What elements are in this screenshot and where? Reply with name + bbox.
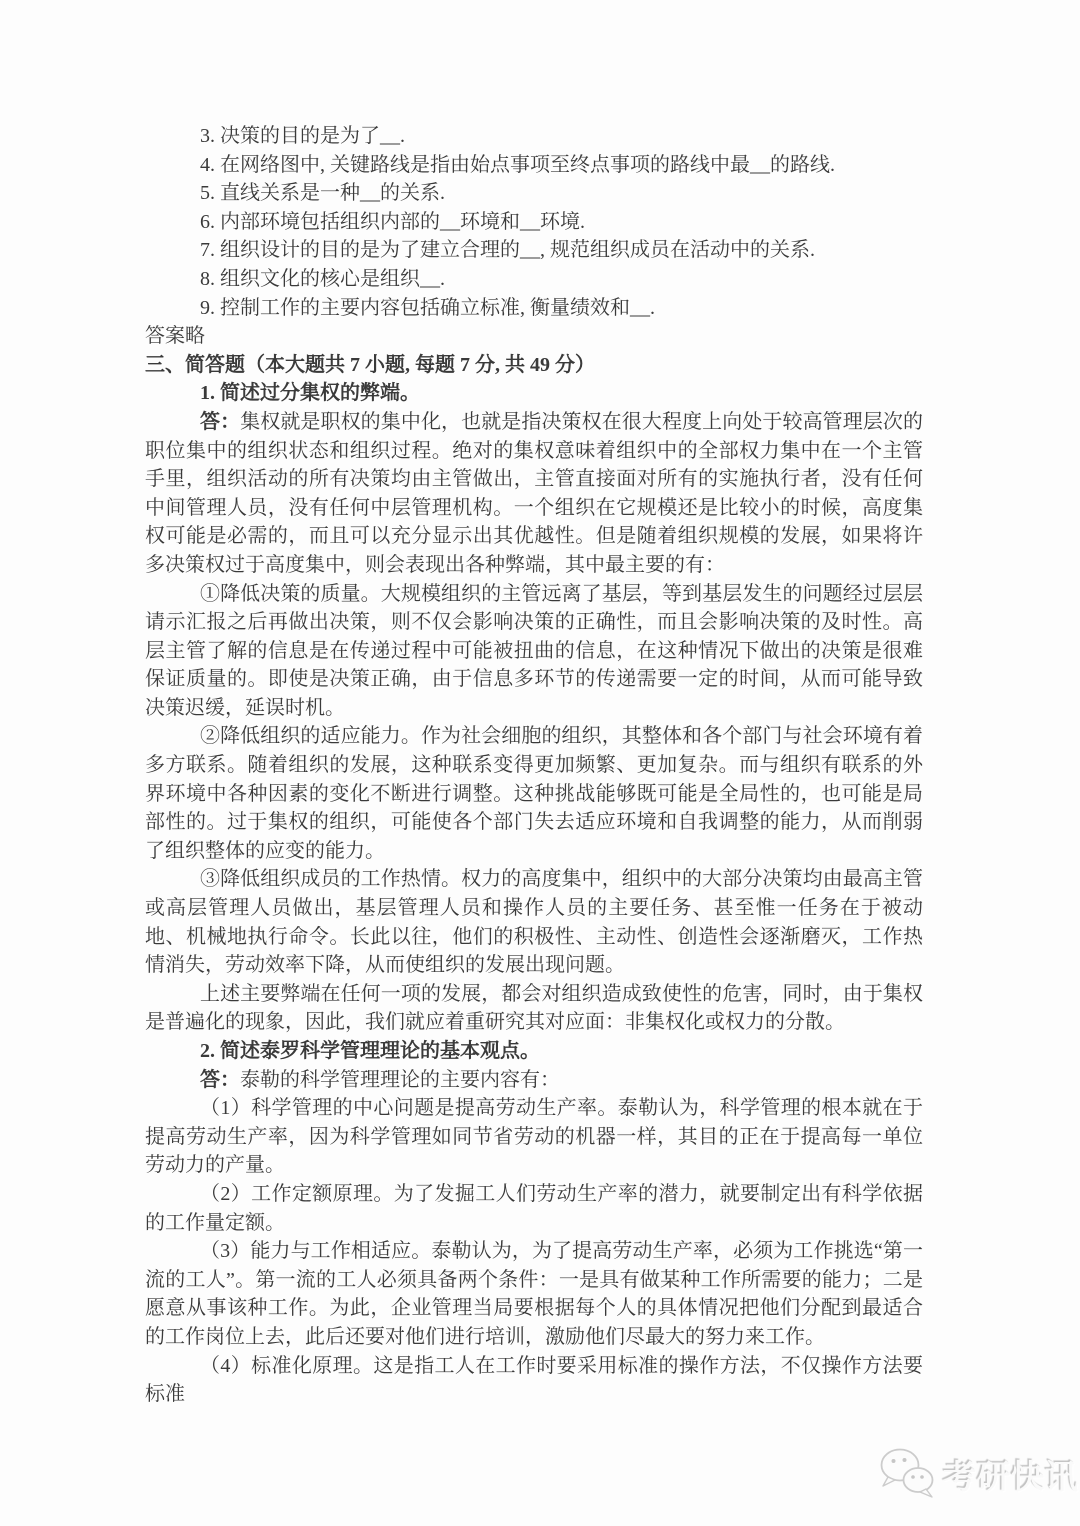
- question-1-drawback-3: ③降低组织成员的工作热情。权力的高度集中，组织中的大部分决策均由最高主管或高层管…: [145, 865, 923, 979]
- question-1-drawback-1: ①降低决策的质量。大规模组织的主管远离了基层，等到基层发生的问题经过层层请示汇报…: [145, 580, 923, 723]
- wechat-chat-bubbles-icon: [876, 1444, 940, 1504]
- fill-blank-question-9: 9. 控制工作的主要内容包括确立标准, 衡量绩效和__.: [145, 294, 923, 323]
- question-1-summary: 上述主要弊端在任何一项的发展，都会对组织造成致使性的危害，同时，由于集权是普遍化…: [145, 980, 923, 1037]
- answer-label: 答：: [200, 1069, 240, 1091]
- answers-omitted-note: 答案略: [145, 322, 923, 351]
- fill-blank-question-5: 5. 直线关系是一种__的关系.: [145, 179, 923, 208]
- fill-blank-question-4: 4. 在网络图中, 关键路线是指由始点事项至终点事项的路线中最__的路线.: [145, 151, 923, 180]
- watermark-text: 考研快讯: [943, 1451, 1079, 1498]
- question-2-point-3: （3）能力与工作相适应。泰勒认为，为了提高劳动生产率，必须为工作挑选“第一流的工…: [145, 1237, 923, 1351]
- answer-intro-text: 泰勒的科学管理理论的主要内容有：: [240, 1069, 560, 1091]
- question-1-drawback-2: ②降低组织的适应能力。作为社会细胞的组织，其整体和各个部门与社会环境有着多方联系…: [145, 722, 923, 865]
- answer-intro-text: 集权就是职权的集中化，也就是指决策权在很大程度上向处于较高管理层次的职位集中的组…: [145, 411, 923, 576]
- question-2-title: 2. 简述泰罗科学管理理论的基本观点。: [145, 1037, 923, 1066]
- question-2-point-1: （1）科学管理的中心问题是提高劳动生产率。泰勒认为，科学管理的根本就在于提高劳动…: [145, 1094, 923, 1180]
- fill-blank-question-6: 6. 内部环境包括组织内部的__环境和__环境.: [145, 208, 923, 237]
- question-2-point-4: （4）标准化原理。这是指工人在工作时要采用标准的操作方法，不仅操作方法要标准: [145, 1352, 923, 1409]
- question-2-point-2: （2）工作定额原理。为了发掘工人们劳动生产率的潜力，就要制定出有科学依据的工作量…: [145, 1180, 923, 1237]
- document-content: 3. 决策的目的是为了__. 4. 在网络图中, 关键路线是指由始点事项至终点事…: [145, 122, 923, 1409]
- fill-blank-question-7: 7. 组织设计的目的是为了建立合理的__, 规范组织成员在活动中的关系.: [145, 236, 923, 265]
- document-page: 3. 决策的目的是为了__. 4. 在网络图中, 关键路线是指由始点事项至终点事…: [0, 0, 1080, 1526]
- watermark: 考研快讯: [876, 1444, 1079, 1504]
- fill-blank-question-3: 3. 决策的目的是为了__.: [145, 122, 923, 151]
- question-1-title: 1. 简述过分集权的弊端。: [145, 379, 923, 408]
- question-1-answer-intro: 答：集权就是职权的集中化，也就是指决策权在很大程度上向处于较高管理层次的职位集中…: [145, 408, 923, 580]
- fill-blank-question-8: 8. 组织文化的核心是组织__.: [145, 265, 923, 294]
- section-heading: 三、简答题（本大题共 7 小题, 每题 7 分, 共 49 分）: [145, 351, 923, 380]
- question-2-answer-intro: 答：泰勒的科学管理理论的主要内容有：: [145, 1066, 923, 1095]
- answer-label: 答：: [200, 411, 240, 433]
